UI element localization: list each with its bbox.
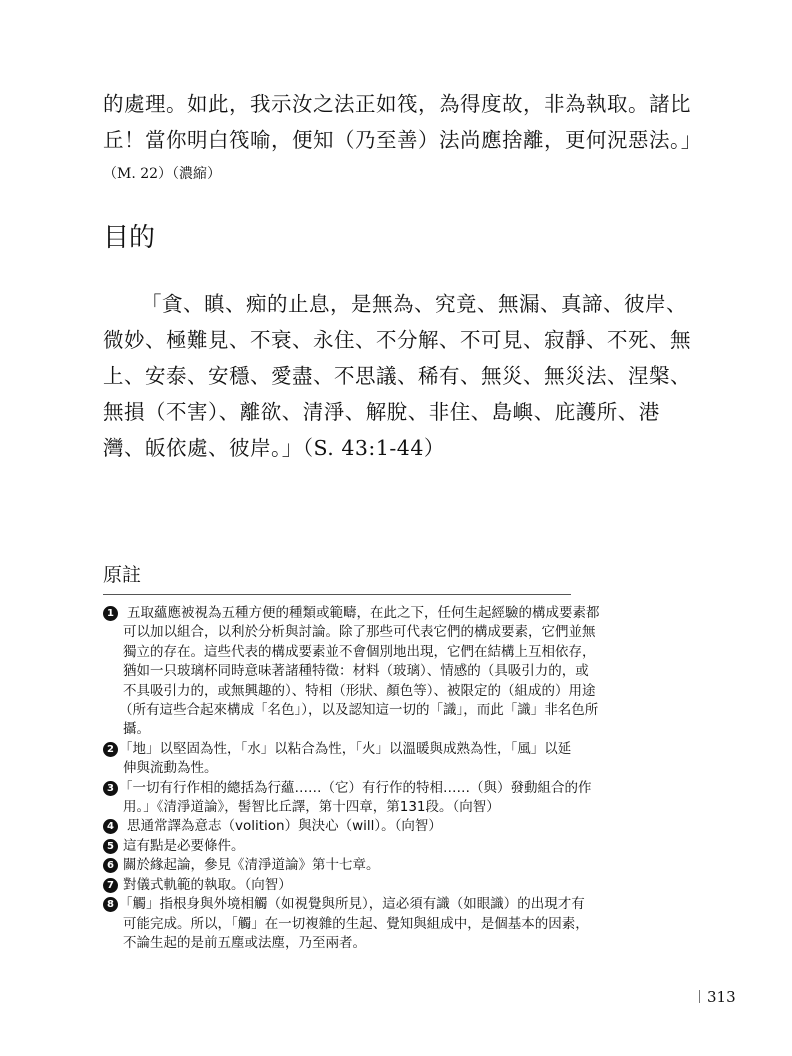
- note-line: 攝。: [123, 720, 703, 739]
- note-item: 5 這有點是必要條件。: [103, 837, 703, 856]
- circled-number-icon: 8: [103, 897, 118, 912]
- circled-number-icon: 4: [103, 819, 118, 834]
- section-quote: 「貪、瞋、痴的止息，是無為、究竟、無漏、真諦、彼岸、 微妙、極難見、不衰、永住、…: [103, 286, 703, 466]
- page-number-rule: [699, 990, 700, 1003]
- note-line: （所有這些合起來構成「名色」），以及認知這一切的「識」，而此「識」非名色所: [119, 701, 703, 720]
- note-line: 「地」以堅固為性，「水」以粘合為性，「火」以溫暖與成熟為性，「風」以延: [119, 740, 703, 759]
- note-line: 伸與流動為性。: [123, 759, 703, 778]
- notes-list: 1 五取蘊應被視為五種方便的種類或範疇，在此之下，任何生起經驗的構成要素都 可以…: [103, 604, 703, 953]
- note-line: 這有點是必要條件。: [123, 837, 703, 856]
- quote-line: 上、安泰、安穩、愛盡、不思議、稀有、無災、無災法、涅槃、: [103, 358, 703, 394]
- note-line: 可能完成。所以，「觸」在一切複雜的生起、覺知與組成中，是個基本的因素，: [123, 915, 703, 934]
- quote-line: 丘！當你明白筏喻，便知（乃至善）法尚應捨離，更何況惡法。」: [103, 122, 703, 158]
- note-line: 猶如一只玻璃杯同時意味著諸種特徵：材料（玻璃）、情感的（具吸引力的，或: [123, 662, 703, 681]
- note-item: 7 對儀式軌範的執取。（向智）: [103, 876, 703, 895]
- note-item: 3 「一切有行作相的總括為行蘊……（它）有行作的特相……（與）發動組合的作 用。…: [103, 779, 703, 818]
- note-line: 不論生起的是前五塵或法塵，乃至兩者。: [123, 934, 703, 953]
- circled-number-icon: 5: [103, 839, 118, 854]
- note-line: 思通常譯為意志（volition）與決心（will）。（向智）: [123, 817, 703, 836]
- note-item: 6 關於緣起論，參見《清淨道論》第十七章。: [103, 856, 703, 875]
- note-line: 用。」《清淨道論》，髻智比丘譯，第十四章，第131段。（向智）: [123, 798, 703, 817]
- note-item: 1 五取蘊應被視為五種方便的種類或範疇，在此之下，任何生起經驗的構成要素都 可以…: [103, 604, 703, 740]
- circled-number-icon: 3: [103, 781, 118, 796]
- top-quote: 的處理。如此，我示汝之法正如筏，為得度故，非為執取。諸比 丘！當你明白筏喻，便知…: [103, 86, 703, 186]
- notes-divider: [103, 594, 571, 595]
- note-line: 不具吸引力的，或無興趣的）、特相（形狀、顏色等）、被限定的（組成的）用途: [123, 682, 703, 701]
- note-item: 4 思通常譯為意志（volition）與決心（will）。（向智）: [103, 817, 703, 836]
- quote-citation: （M. 22）（濃縮）: [103, 162, 703, 186]
- note-line: 獨立的存在。這些代表的構成要素並不會個別地出現，它們在結構上互相依存，: [123, 643, 703, 662]
- section-title: 目的: [103, 222, 703, 254]
- page-number-value: 313: [707, 988, 736, 1006]
- note-item: 2 「地」以堅固為性，「水」以粘合為性，「火」以溫暖與成熟為性，「風」以延 伸與…: [103, 740, 703, 779]
- circled-number-icon: 1: [103, 606, 118, 621]
- quote-line: 微妙、極難見、不衰、永住、不分解、不可見、寂靜、不死、無: [103, 322, 703, 358]
- circled-number-icon: 2: [103, 742, 118, 757]
- note-line: 對儀式軌範的執取。（向智）: [123, 876, 703, 895]
- quote-line: 無損（不害）、離欲、清淨、解脫、非住、島嶼、庇護所、港: [103, 394, 703, 430]
- note-item: 8 「觸」指根身與外境相觸（如視覺與所見），這必須有識（如眼識）的出現才有 可能…: [103, 895, 703, 953]
- quote-line: 的處理。如此，我示汝之法正如筏，為得度故，非為執取。諸比: [103, 86, 703, 122]
- note-line: 「觸」指根身與外境相觸（如視覺與所見），這必須有識（如眼識）的出現才有: [119, 895, 703, 914]
- quote-line: 「貪、瞋、痴的止息，是無為、究竟、無漏、真諦、彼岸、: [103, 286, 703, 322]
- notes-title: 原註: [103, 562, 703, 588]
- circled-number-icon: 6: [103, 858, 118, 873]
- quote-line: 灣、皈依處、彼岸。」（S. 43:1-44）: [103, 430, 703, 466]
- circled-number-icon: 7: [103, 878, 118, 893]
- note-line: 關於緣起論，參見《清淨道論》第十七章。: [123, 856, 703, 875]
- note-line: 「一切有行作相的總括為行蘊……（它）有行作的特相……（與）發動組合的作: [119, 779, 703, 798]
- note-line: 五取蘊應被視為五種方便的種類或範疇，在此之下，任何生起經驗的構成要素都: [123, 604, 703, 623]
- note-line: 可以加以組合，以利於分析與討論。除了那些可代表它們的構成要素，它們並無: [123, 623, 703, 642]
- page-number: 313: [699, 988, 736, 1006]
